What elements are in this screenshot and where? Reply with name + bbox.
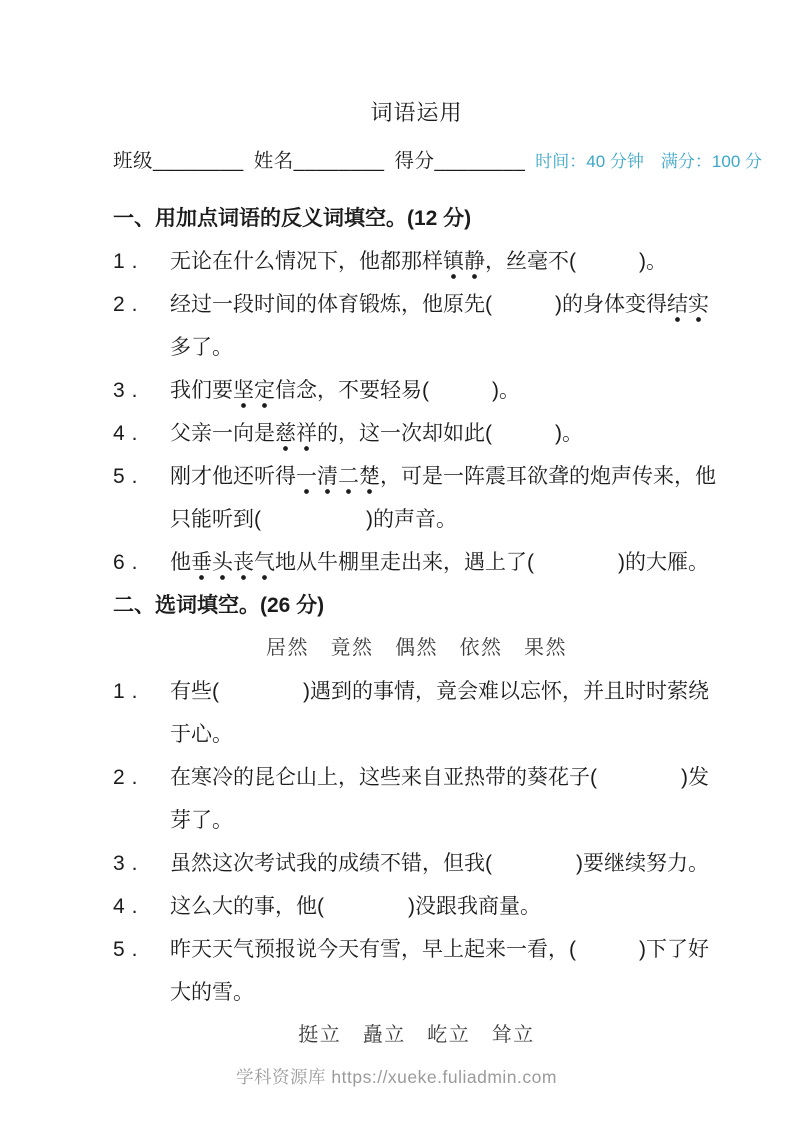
question-text: 的，这一次却如此( )。 [317,422,583,445]
emphasized-word: 镇静 [443,250,485,280]
question-text: 有些( )遇到的事情，竟会难以忘怀，并且时时萦绕于心。 [170,680,709,746]
s1-question-6: 6.他垂头丧气地从牛棚里走出来，遇上了( )的大雁。 [113,541,720,584]
question-text: 多了。 [170,336,233,359]
emphasized-word: 坚定 [233,379,275,409]
question-text: ，丝毫不( )。 [485,250,667,273]
s2-question-1: 1.有些( )遇到的事情，竟会难以忘怀，并且时时萦绕于心。 [113,670,720,756]
footer-watermark: 学科资源库 https://xueke.fuliadmin.com [0,1064,793,1089]
question-number: 4. [113,412,170,455]
question-number: 6. [113,541,170,584]
header-info-row: 班级________ 姓名________ 得分________ 时间：40 分… [113,145,678,173]
name-field: 姓名________ [254,145,385,173]
word-bank-ran: 居然 竟然 偶然 依然 果然 [113,627,720,670]
time-and-full-score: 时间：40 分钟 满分：100 分 [535,147,762,172]
question-text: 信念，不要轻易( )。 [275,379,520,402]
question-number: 1. [113,240,170,283]
page-title: 词语运用 [113,96,720,127]
emphasized-word: 结实 [667,293,709,323]
question-text: 刚才他还听得 [170,465,296,488]
score-field: 得分________ [395,145,526,173]
s1-question-5: 5.刚才他还听得一清二楚，可是一阵震耳欲聋的炮声传来，他只能听到( )的声音。 [113,455,720,541]
question-text: 地从牛棚里走出来，遇上了( )的大雁。 [275,551,709,574]
question-number: 4. [113,885,170,928]
worksheet-page: 词语运用 班级________ 姓名________ 得分________ 时间… [0,0,793,1057]
emphasized-word: 慈祥 [275,422,317,452]
question-number: 5. [113,928,170,971]
s2-question-4: 4.这么大的事，他( )没跟我商量。 [113,885,720,928]
s1-question-3: 3.我们要坚定信念，不要轻易( )。 [113,369,720,412]
question-number: 2. [113,756,170,799]
question-number: 3. [113,842,170,885]
worksheet-body: 一、用加点词语的反义词填空。(12 分) 1.无论在什么情况下，他都那样镇静，丝… [113,197,793,1057]
question-text: 我们要 [170,379,233,402]
question-number: 5. [113,455,170,498]
s1-question-1: 1.无论在什么情况下，他都那样镇静，丝毫不( )。 [113,240,720,283]
class-field: 班级________ [113,145,244,173]
question-text: 昨天天气预报说今天有雪，早上起来一看，( )下了好大的雪。 [170,938,709,1004]
question-text: 经过一段时间的体育锻炼，他原先( )的身体变得 [170,293,667,316]
question-text: 父亲一向是 [170,422,275,445]
section-1-heading: 一、用加点词语的反义词填空。(12 分) [113,197,720,240]
emphasized-word: 一清二楚 [296,465,380,495]
emphasized-word: 垂头丧气 [191,551,275,581]
s2-question-3: 3.虽然这次考试我的成绩不错，但我( )要继续努力。 [113,842,720,885]
s1-question-2: 2.经过一段时间的体育锻炼，他原先( )的身体变得结实多了。 [113,283,720,369]
question-text: 虽然这次考试我的成绩不错，但我( )要继续努力。 [170,852,709,875]
question-text: 他 [170,551,191,574]
section-2-heading: 二、选词填空。(26 分) [113,584,720,627]
s2-question-2: 2.在寒冷的昆仑山上，这些来自亚热带的葵花子( )发芽了。 [113,756,720,842]
word-bank-li: 挺立 矗立 屹立 耸立 [113,1014,720,1057]
question-number: 3. [113,369,170,412]
question-number: 1. [113,670,170,713]
question-text: 在寒冷的昆仑山上，这些来自亚热带的葵花子( )发芽了。 [170,766,709,832]
question-text: 这么大的事，他( )没跟我商量。 [170,895,541,918]
question-number: 2. [113,283,170,326]
s2-question-5: 5.昨天天气预报说今天有雪，早上起来一看，( )下了好大的雪。 [113,928,720,1014]
s1-question-4: 4.父亲一向是慈祥的，这一次却如此( )。 [113,412,720,455]
question-text: 无论在什么情况下，他都那样 [170,250,443,273]
